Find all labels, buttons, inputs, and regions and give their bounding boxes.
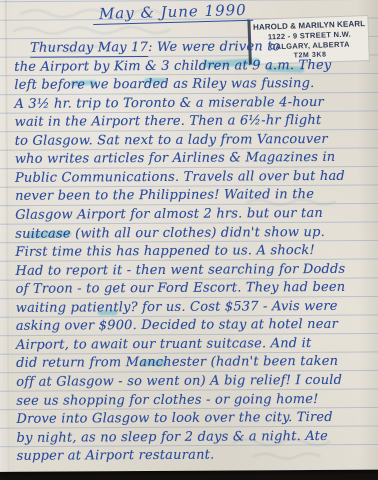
handwriting-line: off at Glasgow - so went on) A big relie… [16, 373, 342, 391]
handwriting-line: Airport, to await our truant suitcase. A… [16, 336, 312, 354]
handwriting-line: by night, as no sleep for 2 days & a nig… [16, 429, 328, 447]
handwriting-line: waiting patiently? for us. Cost $537 - A… [16, 299, 338, 317]
handwriting-line: Thursday May 17: We were driven to [30, 39, 281, 57]
handwriting-line: asking over $900. Decided to stay at hot… [16, 317, 338, 335]
handwriting-line: First time this has happened to us. A sh… [15, 243, 315, 261]
handwriting-line: wait in the Airport there. Then a 6½-hr … [15, 113, 322, 131]
handwriting-line: Drove into Glasgow to look over the city… [16, 410, 332, 428]
handwriting-line: Glasgow Airport for almost 2 hrs. but ou… [15, 206, 323, 224]
handwriting-line: never been to the Philippines! Waited in… [15, 187, 314, 205]
letter-page: May & June 1990 HAROLD & MARILYN KEARL 1… [0, 0, 378, 472]
handwriting-line: who writes articles for Airlines & Magaz… [15, 150, 336, 168]
header-month-date-text: May & June 1990 [93, 1, 253, 25]
handwriting-line: suitcase (with all our clothes) didn't s… [15, 224, 325, 242]
handwriting-line: the Airport by Kim & 3 children at 9 a.m… [14, 57, 331, 75]
handwriting-line: Had to report it - then went searching f… [15, 261, 345, 279]
scan-background: May & June 1990 HAROLD & MARILYN KEARL 1… [0, 0, 378, 480]
handwriting-line: left before we boarded as Riley was fuss… [14, 76, 314, 94]
header-month-date: May & June 1990 [0, 1, 350, 24]
handwriting-line: to Glasgow. Sat next to a lady from Vanc… [15, 132, 328, 150]
handwriting-line: A 3½ hr. trip to Toronto & a miserable 4… [14, 95, 324, 113]
handwriting-line: see us shopping for clothes - or going h… [16, 391, 318, 409]
handwriting-line-text: : We were driven to [148, 39, 281, 55]
handwriting-line: did return from Manchester (hadn't been … [16, 354, 338, 372]
handwriting-line: of Troon - to get our Ford Escort. They … [16, 280, 346, 298]
handwriting-line: Public Communications. Travels all over … [15, 169, 345, 187]
entry-date-heading: Thursday May 17 [30, 40, 148, 57]
handwriting-line: supper at Airport restaurant. [17, 448, 215, 465]
